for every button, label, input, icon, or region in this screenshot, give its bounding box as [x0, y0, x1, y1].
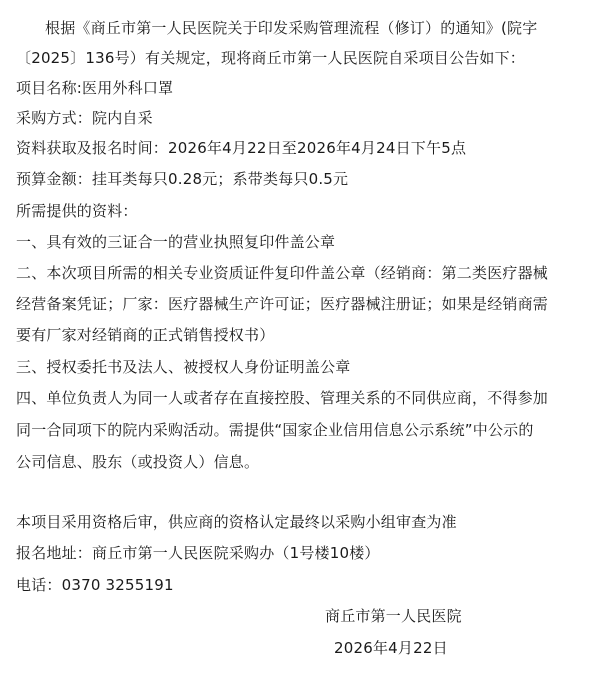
required-doc-item-4-line-3: 公司信息、股东（或投资人）信息。 [16, 452, 259, 472]
required-doc-item-3: 三、授权委托书及法人、被授权人身份证明盖公章 [16, 357, 350, 377]
procurement-notice-document: 根据《商丘市第一人民医院关于印发采购管理流程（修订）的通知》(院字 〔2025〕… [0, 0, 608, 697]
required-doc-item-4-line-2: 同一合同项下的院内采购活动。需提供“国家企业信用信息公示系统”中公示的 [16, 420, 534, 440]
registration-address: 报名地址：商丘市第一人民医院采购办（1号楼10楼） [16, 543, 380, 563]
contact-phone: 电话：0370 3255191 [16, 575, 174, 595]
required-doc-item-4-line-1: 四、单位负责人为同一人或者存在直接控股、管理关系的不同供应商，不得参加 [16, 388, 548, 408]
issuer-signature: 商丘市第一人民医院 [325, 606, 462, 626]
intro-paragraph-line-2: 〔2025〕136号）有关规定，现将商丘市第一人民医院自采项目公告如下： [16, 48, 525, 68]
budget-amount: 预算金额：挂耳类每只0.28元；系带类每只0.5元 [16, 169, 348, 189]
procurement-method: 采购方式：院内自采 [16, 108, 153, 128]
required-docs-heading: 所需提供的资料： [16, 201, 138, 221]
project-name: 项目名称:医用外科口罩 [16, 78, 173, 98]
registration-time: 资料获取及报名时间：2026年4月22日至2026年4月24日下午5点 [16, 138, 466, 158]
required-doc-item-2-line-2: 经营备案凭证；厂家：医疗器械生产许可证；医疗器械注册证；如果是经销商需 [16, 294, 548, 314]
required-doc-item-2-line-1: 二、本次项目所需的相关专业资质证件复印件盖公章（经销商：第二类医疗器械 [16, 263, 548, 283]
qualification-review-note: 本项目采用资格后审，供应商的资格认定最终以采购小组审查为准 [16, 512, 457, 532]
issue-date: 2026年4月22日 [334, 638, 448, 658]
intro-paragraph-line-1: 根据《商丘市第一人民医院关于印发采购管理流程（修订）的通知》(院字 [45, 18, 537, 38]
required-doc-item-1: 一、具有效的三证合一的营业执照复印件盖公章 [16, 232, 335, 252]
required-doc-item-2-line-3: 要有厂家对经销商的正式销售授权书） [16, 325, 274, 345]
